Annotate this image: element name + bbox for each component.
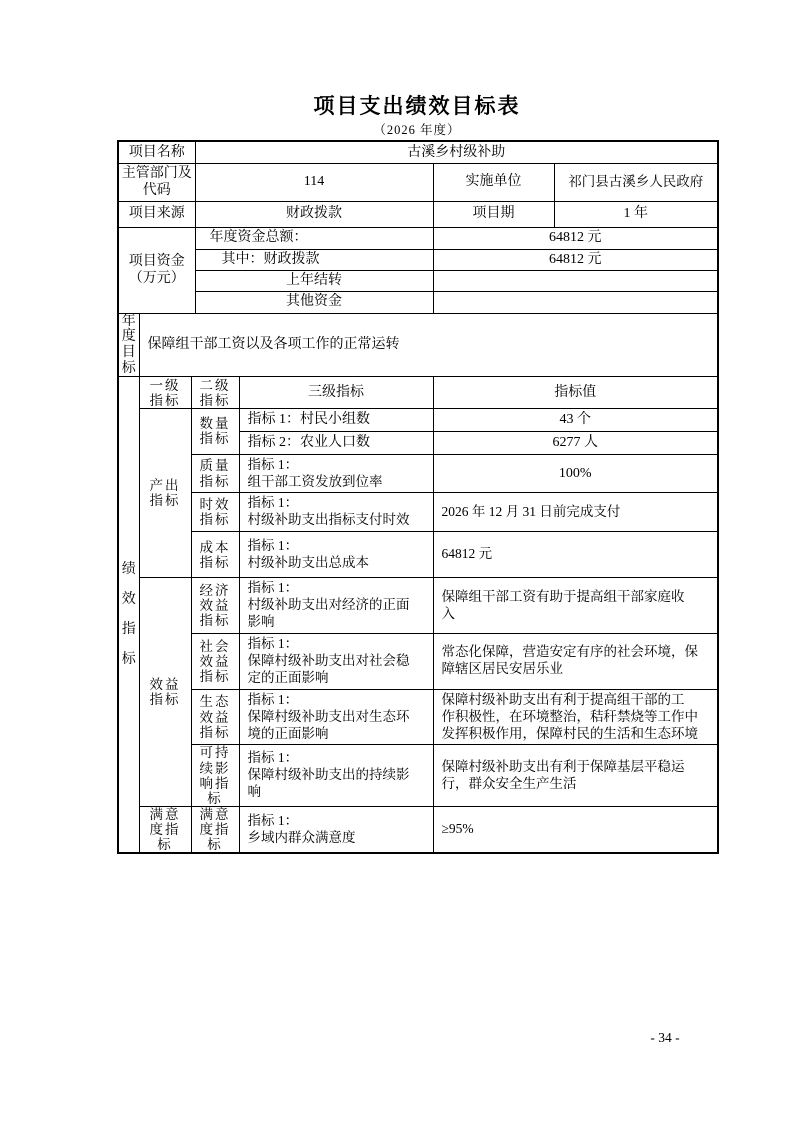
project-name-label: 项目名称 [118,141,195,163]
perf-l3: 指标 1： 村级补助支出指标支付时效 [239,493,433,532]
header-level3: 三级指标 [239,377,433,409]
table-row: 项目资金（万元） 年度资金总额： 64812 元 [118,227,718,249]
funds-item-name: 其中：财政拨款 [195,249,433,270]
performance-target-table: 项目名称 古溪乡村级补助 主管部门及代码 114 实施单位 祁门县古溪乡人民政府… [117,140,719,854]
perf-value: 43 个 [433,409,718,432]
perf-l3: 指标 1：村民小组数 [239,409,433,432]
perf-l2: 社会效益指标 [191,633,239,689]
annual-goal-text: 保障组干部工资以及各项工作的正常运转 [139,313,718,377]
document-page: 项目支出绩效目标表 （2026 年度） 项目名称 古溪乡村级补助 主管部门及代码… [0,0,793,1122]
perf-l2: 质量指标 [191,454,239,493]
perf-side-label: 绩效指标 [118,377,139,854]
perf-l3: 指标 1： 保障村级补助支出对社会稳 定的正面影响 [239,633,433,689]
page-subtitle: （2026 年度） [117,120,717,138]
table-row: 生态效益指标 指标 1： 保障村级补助支出对生态环 境的正面影响 保障村级补助支… [118,689,718,745]
perf-l2: 生态效益指标 [191,689,239,745]
impl-unit-label: 实施单位 [433,163,554,201]
perf-value: 保障村级补助支出有利于保障基层平稳运 行，群众安全生产生活 [433,745,718,806]
table-row: 项目来源 财政拨款 项目期 1 年 [118,201,718,227]
source-label: 项目来源 [118,201,195,227]
perf-l2: 可持续影响指标 [191,745,239,806]
table-row: 上年结转 [118,270,718,291]
dept-code: 114 [195,163,433,201]
perf-l3: 指标 1： 保障村级补助支出对生态环 境的正面影响 [239,689,433,745]
perf-l3: 指标 1： 组干部工资发放到位率 [239,454,433,493]
perf-value: 100% [433,454,718,493]
funds-item-value [433,291,718,313]
annual-goal-label: 年度目标 [118,313,139,377]
header-level1: 一级指标 [139,377,191,409]
perf-value: 64812 元 [433,532,718,578]
perf-value: ≥95% [433,806,718,853]
page-number: - 34 - [620,1030,710,1046]
table-row: 其他资金 [118,291,718,313]
perf-l3: 指标 1： 村级补助支出总成本 [239,532,433,578]
table-row: 年度目标 保障组干部工资以及各项工作的正常运转 [118,313,718,377]
project-name-value: 古溪乡村级补助 [195,141,718,163]
table-row: 质量指标 指标 1： 组干部工资发放到位率 100% [118,454,718,493]
funds-item-name: 其他资金 [195,291,433,313]
perf-l2: 成本指标 [191,532,239,578]
perf-value: 保障村级补助支出有利于提高组干部的工 作积极性，在环境整治，秸秆禁烧等工作中 发… [433,689,718,745]
table-row: 可持续影响指标 指标 1： 保障村级补助支出的持续影 响 保障村级补助支出有利于… [118,745,718,806]
perf-l1-output: 产出指标 [139,409,191,578]
period-value: 1 年 [554,201,718,227]
funds-item-name: 年度资金总额： [195,227,433,249]
table-row: 项目名称 古溪乡村级补助 [118,141,718,163]
header-level2: 二级指标 [191,377,239,409]
perf-l3: 指标 2：农业人口数 [239,432,433,455]
table-row: 时效指标 指标 1： 村级补助支出指标支付时效 2026 年 12 月 31 日… [118,493,718,532]
perf-value: 保障组干部工资有助于提高组干部家庭收 入 [433,578,718,634]
perf-l2: 数量指标 [191,409,239,455]
funds-item-value: 64812 元 [433,249,718,270]
perf-l2: 经济效益指标 [191,578,239,634]
funds-item-value [433,270,718,291]
page-title: 项目支出绩效目标表 [117,90,717,120]
perf-l2: 时效指标 [191,493,239,532]
table-row: 主管部门及代码 114 实施单位 祁门县古溪乡人民政府 [118,163,718,201]
table-row: 其中：财政拨款 64812 元 [118,249,718,270]
perf-l2: 满意度指标 [191,806,239,853]
perf-value: 6277 人 [433,432,718,455]
table-row: 效益指标 经济效益指标 指标 1： 村级补助支出对经济的正面 影响 保障组干部工… [118,578,718,634]
perf-l3: 指标 1： 保障村级补助支出的持续影 响 [239,745,433,806]
perf-l1-benefit: 效益指标 [139,578,191,807]
table-row: 绩效指标 一级指标 二级指标 三级指标 指标值 [118,377,718,409]
period-label: 项目期 [433,201,554,227]
perf-l3: 指标 1： 村级补助支出对经济的正面 影响 [239,578,433,634]
source-value: 财政拨款 [195,201,433,227]
header-value: 指标值 [433,377,718,409]
perf-l3: 指标 1： 乡域内群众满意度 [239,806,433,853]
table-row: 满意度指标 满意度指标 指标 1： 乡域内群众满意度 ≥95% [118,806,718,853]
perf-value: 2026 年 12 月 31 日前完成支付 [433,493,718,532]
dept-label: 主管部门及代码 [118,163,195,201]
funds-item-name: 上年结转 [195,270,433,291]
perf-l1-satisfaction: 满意度指标 [139,806,191,853]
funds-item-value: 64812 元 [433,227,718,249]
table-row: 成本指标 指标 1： 村级补助支出总成本 64812 元 [118,532,718,578]
table-row: 社会效益指标 指标 1： 保障村级补助支出对社会稳 定的正面影响 常态化保障，营… [118,633,718,689]
perf-value: 常态化保障，营造安定有序的社会环境，保 障辖区居民安居乐业 [433,633,718,689]
table-row: 产出指标 数量指标 指标 1：村民小组数 43 个 [118,409,718,432]
impl-unit-value: 祁门县古溪乡人民政府 [554,163,718,201]
funds-label: 项目资金（万元） [118,227,195,313]
